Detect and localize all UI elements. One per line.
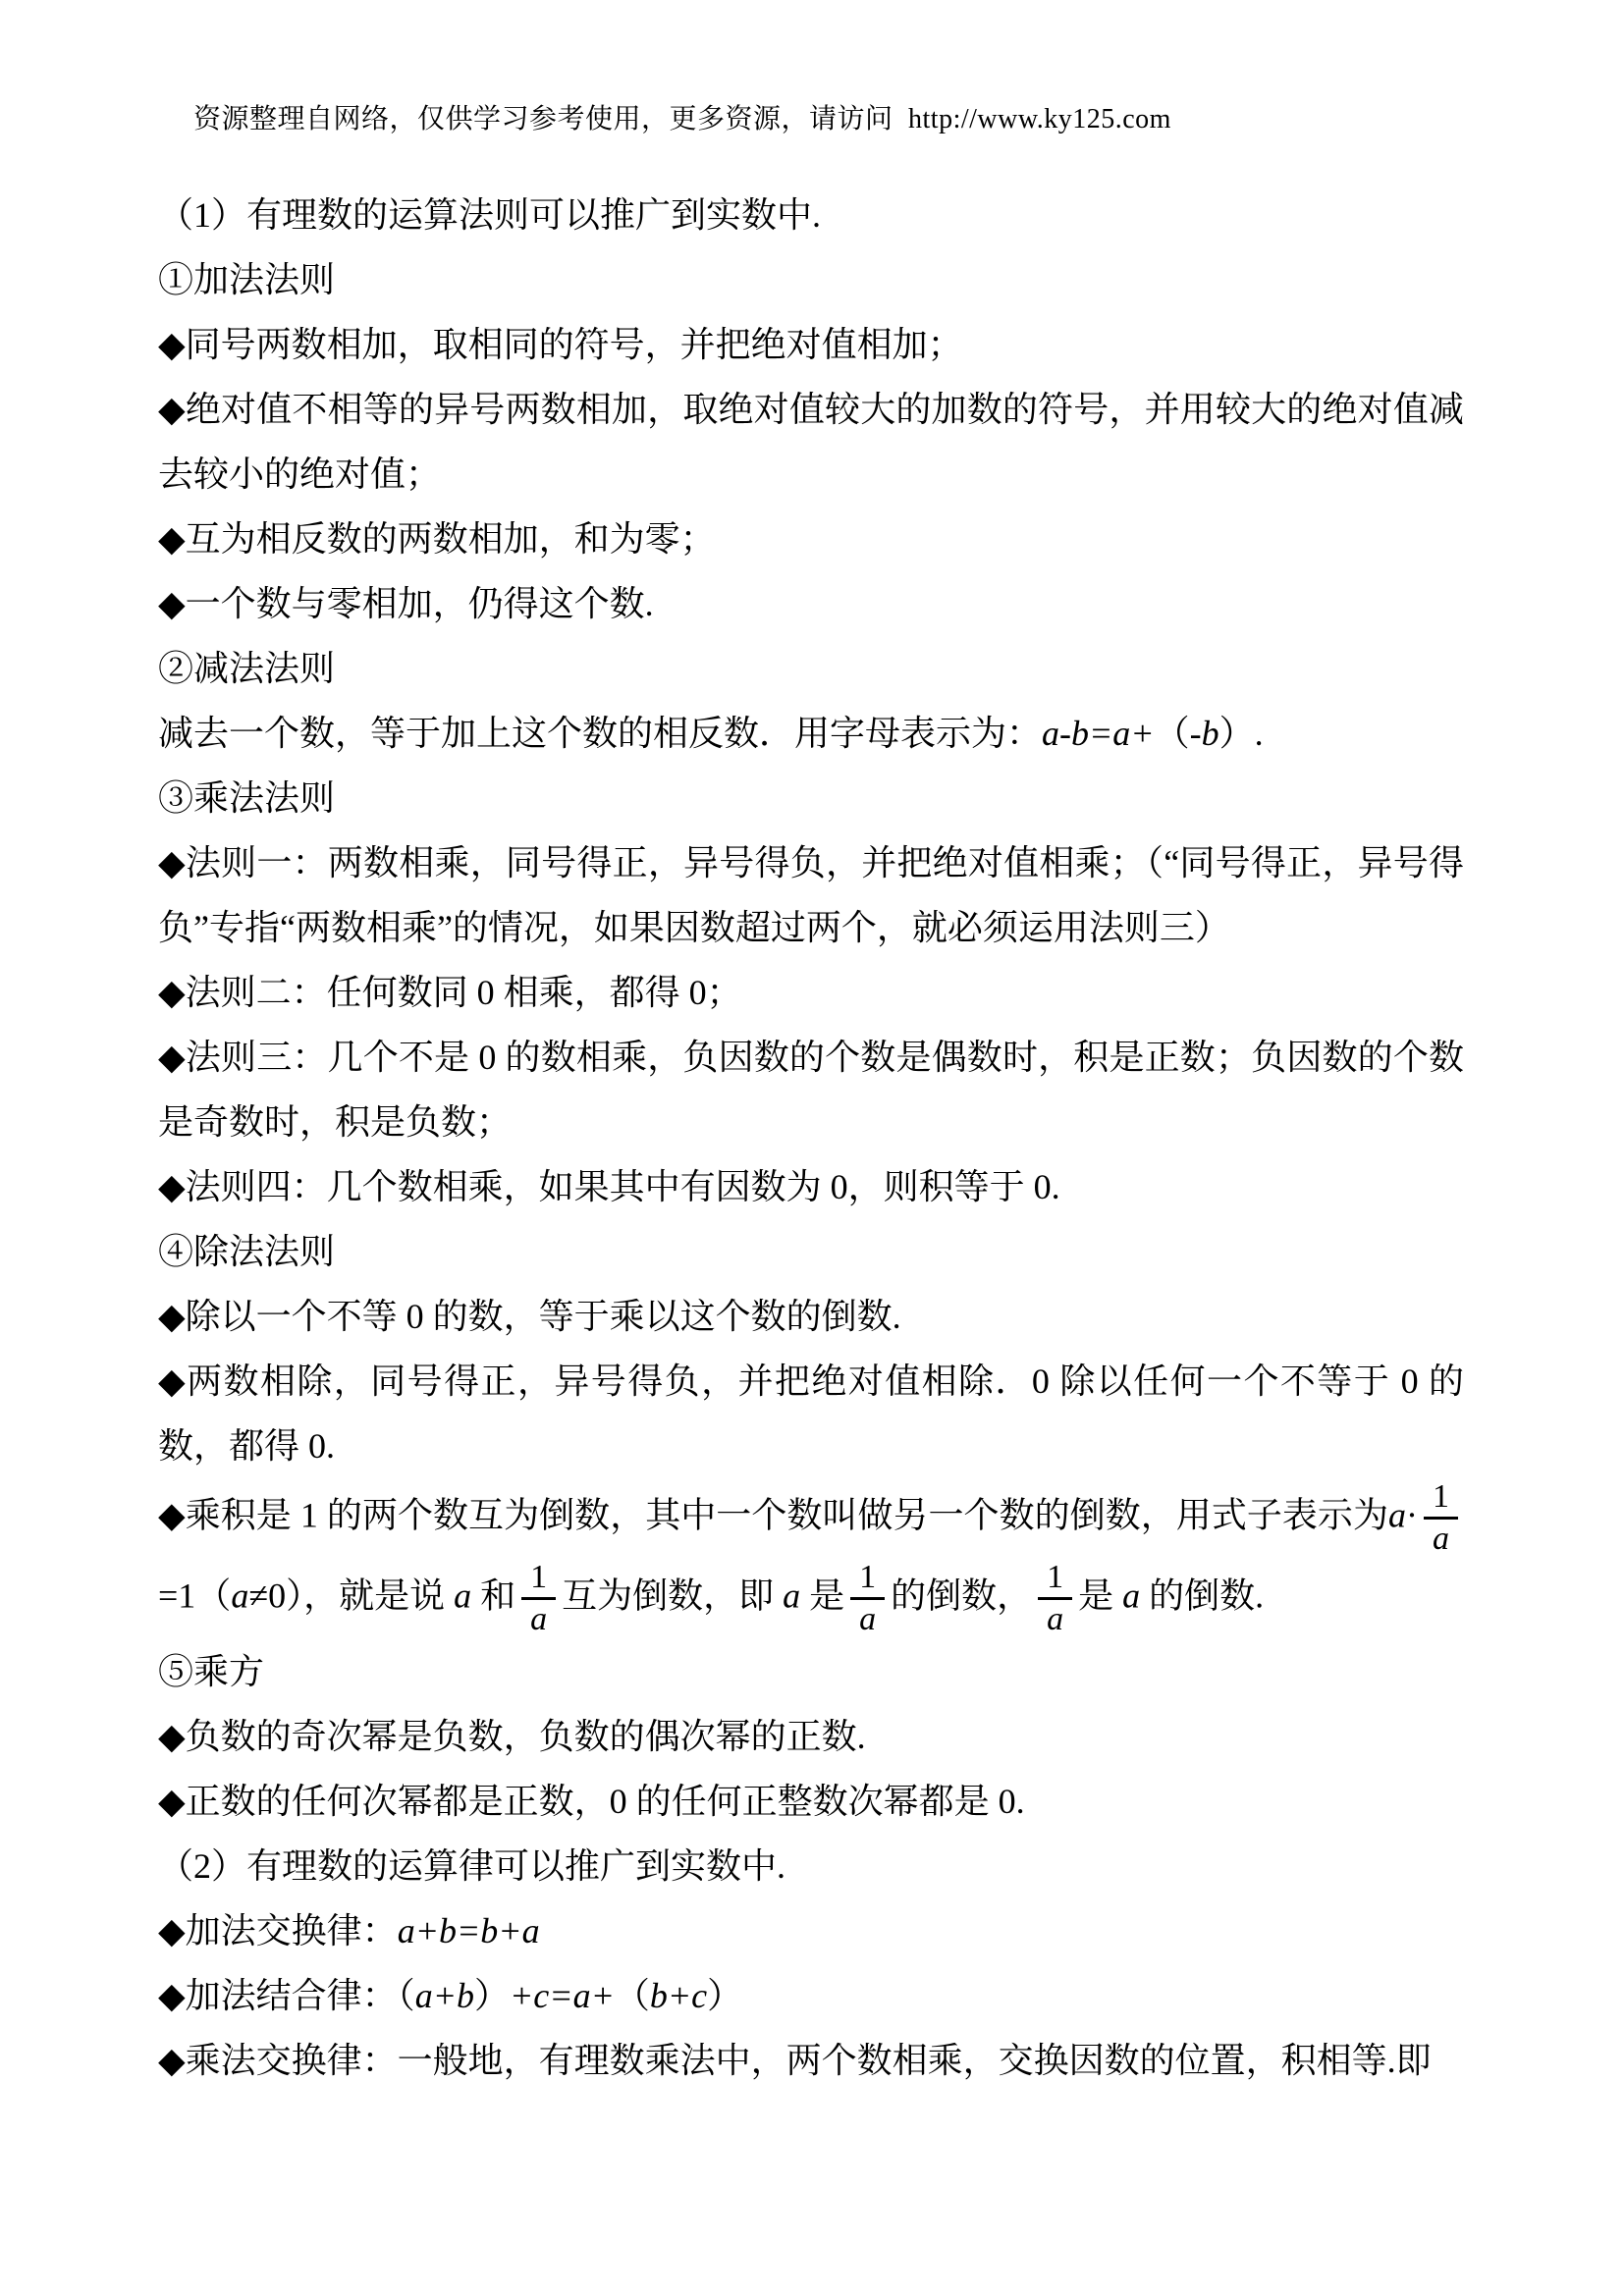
paragraph: ◆负数的奇次幂是负数，负数的偶次幂的正数. (158, 1704, 1464, 1769)
text-run: ◆法则四：几个数相乘，如果其中有因数为 0，则积等于 0. (158, 1167, 1060, 1206)
document-page: 资源整理自网络，仅供学习参考使用，更多资源，请访问 http://www.ky1… (0, 0, 1624, 2296)
math-run: a (1388, 1495, 1406, 1534)
text-run: ◆乘积是 1 的两个数互为倒数，其中一个数叫做另一个数的倒数，用式子表示为 (158, 1495, 1388, 1534)
text-run: （1）有理数的运算法则可以推广到实数中. (158, 195, 821, 235)
header-url: http://www.ky125.com (908, 104, 1171, 134)
text-run: ◆一个数与零相加，仍得这个数. (158, 584, 654, 623)
paragraph: ◆乘法交换律：一般地，有理数乘法中，两个数相乘，交换因数的位置，积相等.即 (158, 2028, 1464, 2093)
math-run: +c=a+ (510, 1976, 615, 2015)
text-run: ◆加法结合律：（ (158, 1976, 415, 2015)
text-run: ②减法法则 (158, 649, 335, 688)
fraction-numerator: 1 (1424, 1478, 1458, 1520)
text-run: · (1406, 1495, 1418, 1534)
fraction-numerator: 1 (521, 1559, 556, 1600)
paragraph: ◆绝对值不相等的异号两数相加，取绝对值较大的加数的符号，并用较大的绝对值减去较小… (158, 377, 1464, 507)
text-run: =1（ (158, 1575, 231, 1615)
paragraph: （2）有理数的运算律可以推广到实数中. (158, 1834, 1464, 1898)
paragraph: ◆一个数与零相加，仍得这个数. (158, 571, 1464, 636)
text-run: ⑤乘方 (158, 1652, 264, 1691)
paragraph: ◆正数的任何次幂都是正数，0 的任何正整数次幂都是 0. (158, 1769, 1464, 1834)
paragraph: ⑤乘方 (158, 1639, 1464, 1704)
paragraph: ◆加法交换律：a+b=b+a (158, 1898, 1464, 1963)
text-run: （2）有理数的运算律可以推广到实数中. (158, 1846, 785, 1886)
text-run: ◆加法交换律： (158, 1911, 398, 1950)
fraction: 1a (521, 1559, 556, 1639)
text-run: ①加法法则 (158, 260, 335, 299)
paragraph: ③乘法法则 (158, 766, 1464, 830)
paragraph: ◆同号两数相加，取相同的符号，并把绝对值相加； (158, 312, 1464, 377)
fraction-denominator: a (521, 1600, 556, 1639)
text-run: ④除法法则 (158, 1232, 335, 1271)
math-run: a-b=a+ (1042, 714, 1155, 753)
paragraph: ◆互为相反数的两数相加，和为零； (158, 507, 1464, 571)
text-run: ≠0），就是说 (248, 1575, 454, 1615)
text-run: ③乘法法则 (158, 778, 335, 818)
paragraph: ①加法法则 (158, 247, 1464, 312)
text-run: 是 (800, 1575, 844, 1615)
text-run: ◆法则三：几个不是 0 的数相乘，负因数的个数是偶数时，积是正数；负因数的个数是… (158, 1038, 1464, 1142)
text-run: （ (1155, 714, 1190, 753)
fraction-numerator: 1 (850, 1559, 885, 1600)
text-run: 减去一个数，等于加上这个数的相反数．用字母表示为： (158, 714, 1042, 753)
fraction: 1a (850, 1559, 885, 1639)
paragraph: ②减法法则 (158, 636, 1464, 701)
text-run: ） (707, 1976, 742, 2015)
math-run: a+b (415, 1976, 474, 2015)
math-run: a (454, 1575, 471, 1615)
text-run: ◆法则一：两数相乘，同号得正，异号得负，并把绝对值相乘；（“同号得正，异号得负”… (158, 843, 1464, 947)
paragraph: ◆法则三：几个不是 0 的数相乘，负因数的个数是偶数时，积是正数；负因数的个数是… (158, 1025, 1464, 1154)
fraction-denominator: a (850, 1600, 885, 1639)
paragraph: ◆两数相除，同号得正，异号得负，并把绝对值相除．0 除以任何一个不等于 0 的数… (158, 1349, 1464, 1478)
paragraph: ◆加法结合律：（a+b）+c=a+（b+c） (158, 1963, 1464, 2028)
text-run: ）. (1219, 714, 1264, 753)
text-run: ◆互为相反数的两数相加，和为零； (158, 519, 716, 559)
text-run: ◆同号两数相加，取相同的符号，并把绝对值相加； (158, 325, 963, 364)
text-run: 的倒数， (891, 1575, 1032, 1615)
text-run: ◆正数的任何次幂都是正数，0 的任何正整数次幂都是 0. (158, 1782, 1025, 1821)
text-run: 是 (1078, 1575, 1122, 1615)
paragraph: ◆法则二：任何数同 0 相乘，都得 0； (158, 960, 1464, 1025)
paragraph: （1）有理数的运算法则可以推广到实数中. (158, 183, 1464, 247)
text-run: 互为倒数，即 (562, 1575, 783, 1615)
text-run: 的倒数. (1140, 1575, 1264, 1615)
math-run: a (1122, 1575, 1140, 1615)
fraction: 1a (1424, 1478, 1458, 1559)
text-run: ◆两数相除，同号得正，异号得负，并把绝对值相除．0 除以任何一个不等于 0 的数… (158, 1362, 1464, 1466)
paragraph: 减去一个数，等于加上这个数的相反数．用字母表示为：a-b=a+（-b）. (158, 701, 1464, 766)
text-run: ◆除以一个不等 0 的数，等于乘以这个数的倒数. (158, 1297, 901, 1336)
fraction-denominator: a (1038, 1600, 1072, 1639)
header-notice-text: 资源整理自网络，仅供学习参考使用，更多资源，请访问 (193, 104, 893, 134)
fraction-numerator: 1 (1038, 1559, 1072, 1600)
paragraph: ◆法则四：几个数相乘，如果其中有因数为 0，则积等于 0. (158, 1154, 1464, 1219)
math-run: a (231, 1575, 248, 1615)
paragraph: ◆除以一个不等 0 的数，等于乘以这个数的倒数. (158, 1284, 1464, 1349)
fraction-denominator: a (1424, 1520, 1458, 1559)
text-run: ◆绝对值不相等的异号两数相加，取绝对值较大的加数的符号，并用较大的绝对值减去较小… (158, 390, 1464, 494)
math-run: a (783, 1575, 800, 1615)
paragraph: ◆法则一：两数相乘，同号得正，异号得负，并把绝对值相乘；（“同号得正，异号得负”… (158, 830, 1464, 960)
text-run: ） (474, 1976, 510, 2015)
text-run: ◆负数的奇次幂是负数，负数的偶次幂的正数. (158, 1717, 866, 1756)
math-run: a+b=b+a (398, 1911, 540, 1950)
paragraph: ④除法法则 (158, 1219, 1464, 1284)
math-run: -b (1190, 714, 1219, 753)
text-run: ◆乘法交换律：一般地，有理数乘法中，两个数相乘，交换因数的位置，积相等.即 (158, 2041, 1432, 2080)
text-run: 和 (471, 1575, 515, 1615)
paragraph: ◆乘积是 1 的两个数互为倒数，其中一个数叫做另一个数的倒数，用式子表示为a·1… (158, 1478, 1464, 1639)
math-run: b+c (650, 1976, 707, 2015)
text-run: ◆法则二：任何数同 0 相乘，都得 0； (158, 973, 742, 1012)
text-run: （ (615, 1976, 650, 2015)
header-watermark: 资源整理自网络，仅供学习参考使用，更多资源，请访问 http://www.ky1… (193, 98, 1171, 141)
fraction: 1a (1038, 1559, 1072, 1639)
document-body: （1）有理数的运算法则可以推广到实数中.①加法法则◆同号两数相加，取相同的符号，… (158, 183, 1464, 2093)
